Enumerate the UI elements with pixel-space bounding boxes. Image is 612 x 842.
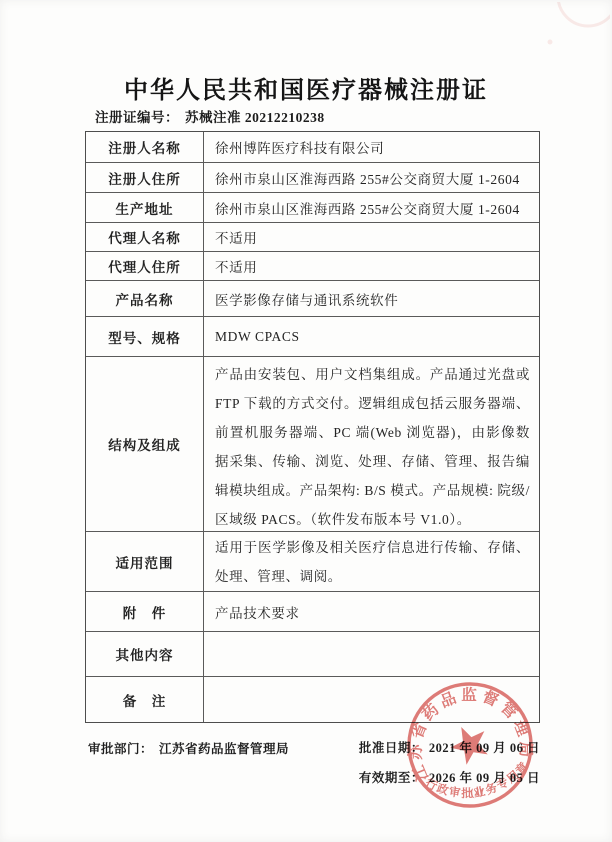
table-row-agent-address: 代理人住所 不适用 — [86, 251, 539, 280]
row-label: 结构及组成 — [86, 357, 204, 531]
row-value: MDW CPACS — [204, 317, 539, 356]
row-value: 适用于医学影像及相关医疗信息进行传输、存储、处理、管理、调阅。 — [204, 532, 539, 591]
table-row-registrant-name: 注册人名称 徐州博阵医疗科技有限公司 — [86, 132, 539, 162]
row-value: 医学影像存储与通讯系统软件 — [204, 281, 539, 316]
certificate-page: 中华人民共和国医疗器械注册证 注册证编号：苏械注准 20212210238 注册… — [0, 0, 612, 842]
approval-department-value: 江苏省药品监督管理局 — [159, 742, 289, 756]
table-row-production-address: 生产地址 徐州市泉山区淮海西路 255#公交商贸大厦 1-2604 — [86, 192, 539, 222]
approval-date-value: 2021 年 09 月 06 日 — [429, 741, 540, 755]
approval-department-line: 审批部门：江苏省药品监督管理局 — [88, 739, 289, 757]
row-label: 注册人名称 — [86, 132, 204, 162]
row-label: 备 注 — [86, 677, 204, 722]
approval-date-label: 批准日期： — [359, 741, 424, 755]
row-label: 代理人住所 — [86, 252, 204, 280]
valid-until-label: 有效期至： — [359, 771, 424, 785]
table-row-model-spec: 型号、规格 MDW CPACS — [86, 316, 539, 356]
table-row-structure-composition: 结构及组成 产品由安装包、用户文档集组成。产品通过光盘或 FTP 下载的方式交付… — [86, 356, 539, 531]
row-value — [204, 632, 539, 676]
row-label: 适用范围 — [86, 532, 204, 591]
approval-department-label: 审批部门： — [88, 742, 153, 756]
table-row-product-name: 产品名称 医学影像存储与通讯系统软件 — [86, 280, 539, 316]
faint-seal-fragment-icon — [540, 2, 610, 48]
row-value: 不适用 — [204, 223, 539, 251]
table-row-registrant-address: 注册人住所 徐州市泉山区淮海西路 255#公交商贸大厦 1-2604 — [86, 162, 539, 192]
row-value: 产品由安装包、用户文档集组成。产品通过光盘或 FTP 下载的方式交付。逻辑组成包… — [204, 357, 539, 531]
table-row-attachment: 附 件 产品技术要求 — [86, 591, 539, 631]
page-title: 中华人民共和国医疗器械注册证 — [0, 70, 612, 105]
table-row-other-content: 其他内容 — [86, 631, 539, 676]
row-label: 生产地址 — [86, 193, 204, 222]
certificate-number-line: 注册证编号：苏械注准 20212210238 — [95, 106, 325, 126]
row-label: 注册人住所 — [86, 163, 204, 192]
row-value: 产品技术要求 — [204, 592, 539, 631]
table-row-scope-of-application: 适用范围 适用于医学影像及相关医疗信息进行传输、存储、处理、管理、调阅。 — [86, 531, 539, 591]
row-label: 型号、规格 — [86, 317, 204, 356]
certificate-table: 注册人名称 徐州博阵医疗科技有限公司 注册人住所 徐州市泉山区淮海西路 255#… — [85, 131, 540, 723]
table-row-remarks: 备 注 — [86, 676, 539, 722]
valid-until-line: 有效期至：2026 年 09 月 05 日 — [359, 763, 540, 793]
certificate-number-value: 苏械注准 20212210238 — [185, 110, 325, 125]
row-label: 其他内容 — [86, 632, 204, 676]
row-value — [204, 677, 539, 722]
row-label: 代理人名称 — [86, 223, 204, 251]
row-value: 徐州博阵医疗科技有限公司 — [204, 132, 539, 162]
valid-until-value: 2026 年 09 月 05 日 — [429, 771, 540, 785]
row-label: 产品名称 — [86, 281, 204, 316]
certificate-number-label: 注册证编号： — [95, 110, 179, 125]
dates-block: 批准日期：2021 年 09 月 06 日 有效期至：2026 年 09 月 0… — [359, 733, 540, 793]
row-label: 附 件 — [86, 592, 204, 631]
row-value: 徐州市泉山区淮海西路 255#公交商贸大厦 1-2604 — [204, 163, 539, 192]
row-value: 不适用 — [204, 252, 539, 280]
approval-date-line: 批准日期：2021 年 09 月 06 日 — [359, 733, 540, 763]
table-row-agent-name: 代理人名称 不适用 — [86, 222, 539, 251]
row-value: 徐州市泉山区淮海西路 255#公交商贸大厦 1-2604 — [204, 193, 539, 222]
